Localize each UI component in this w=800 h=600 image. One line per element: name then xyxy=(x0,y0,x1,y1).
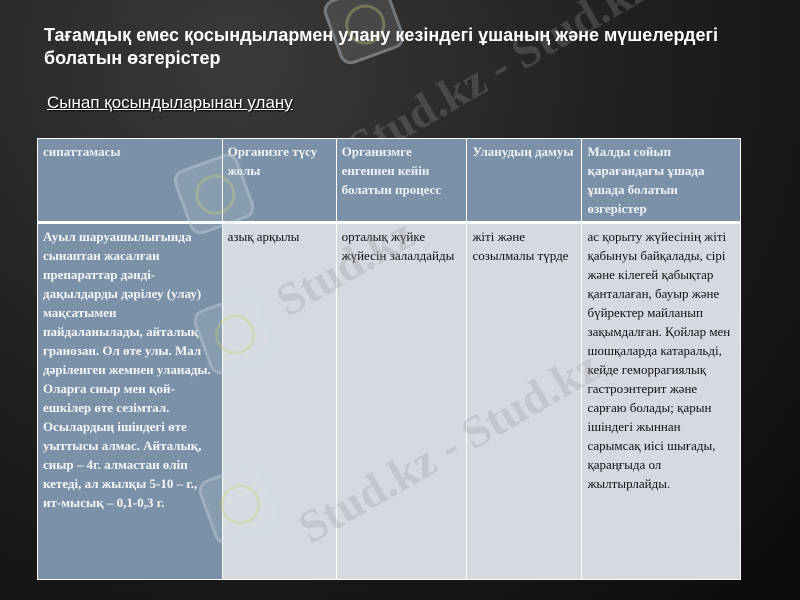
header-description: сипаттамасы xyxy=(38,139,223,223)
cell-process: орталық жүйке жүйесін залалдайды xyxy=(336,223,467,580)
slide-title: Тағамдық емес қосындылармен улану кезінд… xyxy=(44,24,724,70)
cell-carcass-changes: ас қорыту жүйесінің жіті қабынуы байқала… xyxy=(582,223,741,580)
table-row: Ауыл шаруашылығында сынаптан жасалған пр… xyxy=(38,223,741,580)
slide-subtitle: Сынап қосындыларынан улану xyxy=(47,93,293,113)
header-development: Уланудың дамуы xyxy=(467,139,582,223)
poisoning-table: сипаттамасы Организге түсу жолы Организм… xyxy=(37,138,741,580)
cell-entry-route: азық арқылы xyxy=(222,223,336,580)
header-process: Организмге енгеннен кейін болатын процес… xyxy=(336,139,467,223)
cell-development: жіті және созылмалы түрде xyxy=(467,223,582,580)
table-header-row: сипаттамасы Организге түсу жолы Организм… xyxy=(38,139,741,223)
header-entry-route: Организге түсу жолы xyxy=(222,139,336,223)
header-carcass-changes: Малды сойып қарағандағы ұшада ұшада бола… xyxy=(582,139,741,223)
cell-description: Ауыл шаруашылығында сынаптан жасалған пр… xyxy=(38,223,223,580)
